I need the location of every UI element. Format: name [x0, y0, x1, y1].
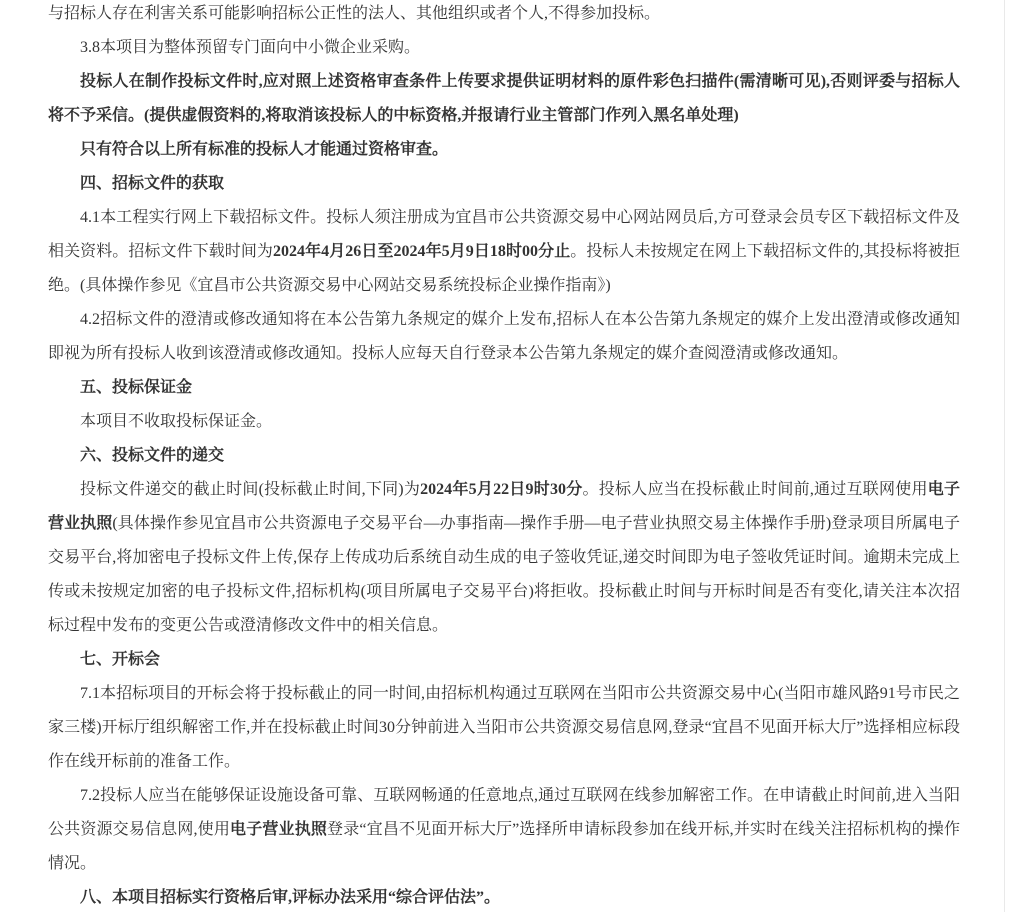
bold-text-segment: 四、招标文件的获取	[80, 175, 224, 192]
heading-section-6-bid-submission: 六、投标文件的递交	[48, 439, 960, 473]
bold-text-segment: 电子营业执照	[230, 821, 327, 838]
para-bold-scan-warning: 投标人在制作投标文件时,应对照上述资格审查条件上传要求提供证明材料的原件彩色扫描…	[48, 65, 960, 133]
para-7-1-bid-opening-meeting: 7.1本招标项目的开标会将于投标截止的同一时间,由招标机构通过互联网在当阳市公共…	[48, 677, 960, 779]
text-segment: 本项目不收取投标保证金。	[80, 413, 272, 430]
bold-text-segment: 投标人在制作投标文件时,应对照上述资格审查条件上传要求提供证明材料的原件彩色扫描…	[48, 73, 960, 124]
heading-section-4-obtain-documents: 四、招标文件的获取	[48, 167, 960, 201]
bold-text-segment: 只有符合以上所有标准的投标人才能通过资格审查。	[80, 141, 448, 158]
para-6-submission-deadline: 投标文件递交的截止时间(投标截止时间,下同)为2024年5月22日9时30分。投…	[48, 473, 960, 643]
document-page: 与招标人存在利害关系可能影响招标公正性的法人、其他组织或者个人,不得参加投标。3…	[0, 0, 1009, 912]
bold-text-segment: 六、投标文件的递交	[80, 447, 224, 464]
heading-section-7-bid-opening: 七、开标会	[48, 643, 960, 677]
text-segment: 。投标人应当在投标截止时间前,通过互联网使用	[583, 481, 928, 498]
heading-section-8-evaluation-method: 八、本项目招标实行资格后审,评标办法采用“综合评估法”。	[48, 881, 960, 915]
para-4-2-clarification: 4.2招标文件的澄清或修改通知将在本公告第九条规定的媒介上发布,招标人在本公告第…	[48, 303, 960, 371]
heading-section-5-bid-security: 五、投标保证金	[48, 371, 960, 405]
bold-text-segment: 2024年5月22日9时30分	[420, 481, 582, 498]
bold-text-segment: 五、投标保证金	[80, 379, 192, 396]
text-segment: 4.2招标文件的澄清或修改通知将在本公告第九条规定的媒介上发布,招标人在本公告第…	[48, 311, 960, 362]
para-4-1-download: 4.1本工程实行网上下载招标文件。投标人须注册成为宜昌市公共资源交易中心网站网员…	[48, 201, 960, 303]
text-segment: 3.8本项目为整体预留专门面向中小微企业采购。	[80, 39, 420, 56]
para-qualification-pass: 只有符合以上所有标准的投标人才能通过资格审查。	[48, 133, 960, 167]
para-5-no-bid-security: 本项目不收取投标保证金。	[48, 405, 960, 439]
text-segment: 7.1本招标项目的开标会将于投标截止的同一时间,由招标机构通过互联网在当阳市公共…	[48, 685, 960, 770]
text-segment: 与招标人存在利害关系可能影响招标公正性的法人、其他组织或者个人,不得参加投标。	[48, 5, 660, 22]
para-3-8-small-medium-enterprise: 3.8本项目为整体预留专门面向中小微企业采购。	[48, 31, 960, 65]
bold-text-segment: 七、开标会	[80, 651, 160, 668]
document-content: 与招标人存在利害关系可能影响招标公正性的法人、其他组织或者个人,不得参加投标。3…	[0, 0, 1009, 915]
page-right-border	[1004, 0, 1005, 912]
para-conflict-of-interest-continuation: 与招标人存在利害关系可能影响招标公正性的法人、其他组织或者个人,不得参加投标。	[48, 0, 960, 31]
bold-text-segment: 2024年4月26日至2024年5月9日18时00分止	[273, 243, 570, 260]
para-7-2-online-decryption: 7.2投标人应当在能够保证设施设备可靠、互联网畅通的任意地点,通过互联网在线参加…	[48, 779, 960, 881]
bold-text-segment: 八、本项目招标实行资格后审,评标办法采用“综合评估法”。	[80, 889, 500, 906]
text-segment: 投标文件递交的截止时间(投标截止时间,下同)为	[80, 481, 420, 498]
text-segment: (具体操作参见宜昌市公共资源电子交易平台—办事指南—操作手册—电子营业执照交易主…	[48, 515, 960, 634]
